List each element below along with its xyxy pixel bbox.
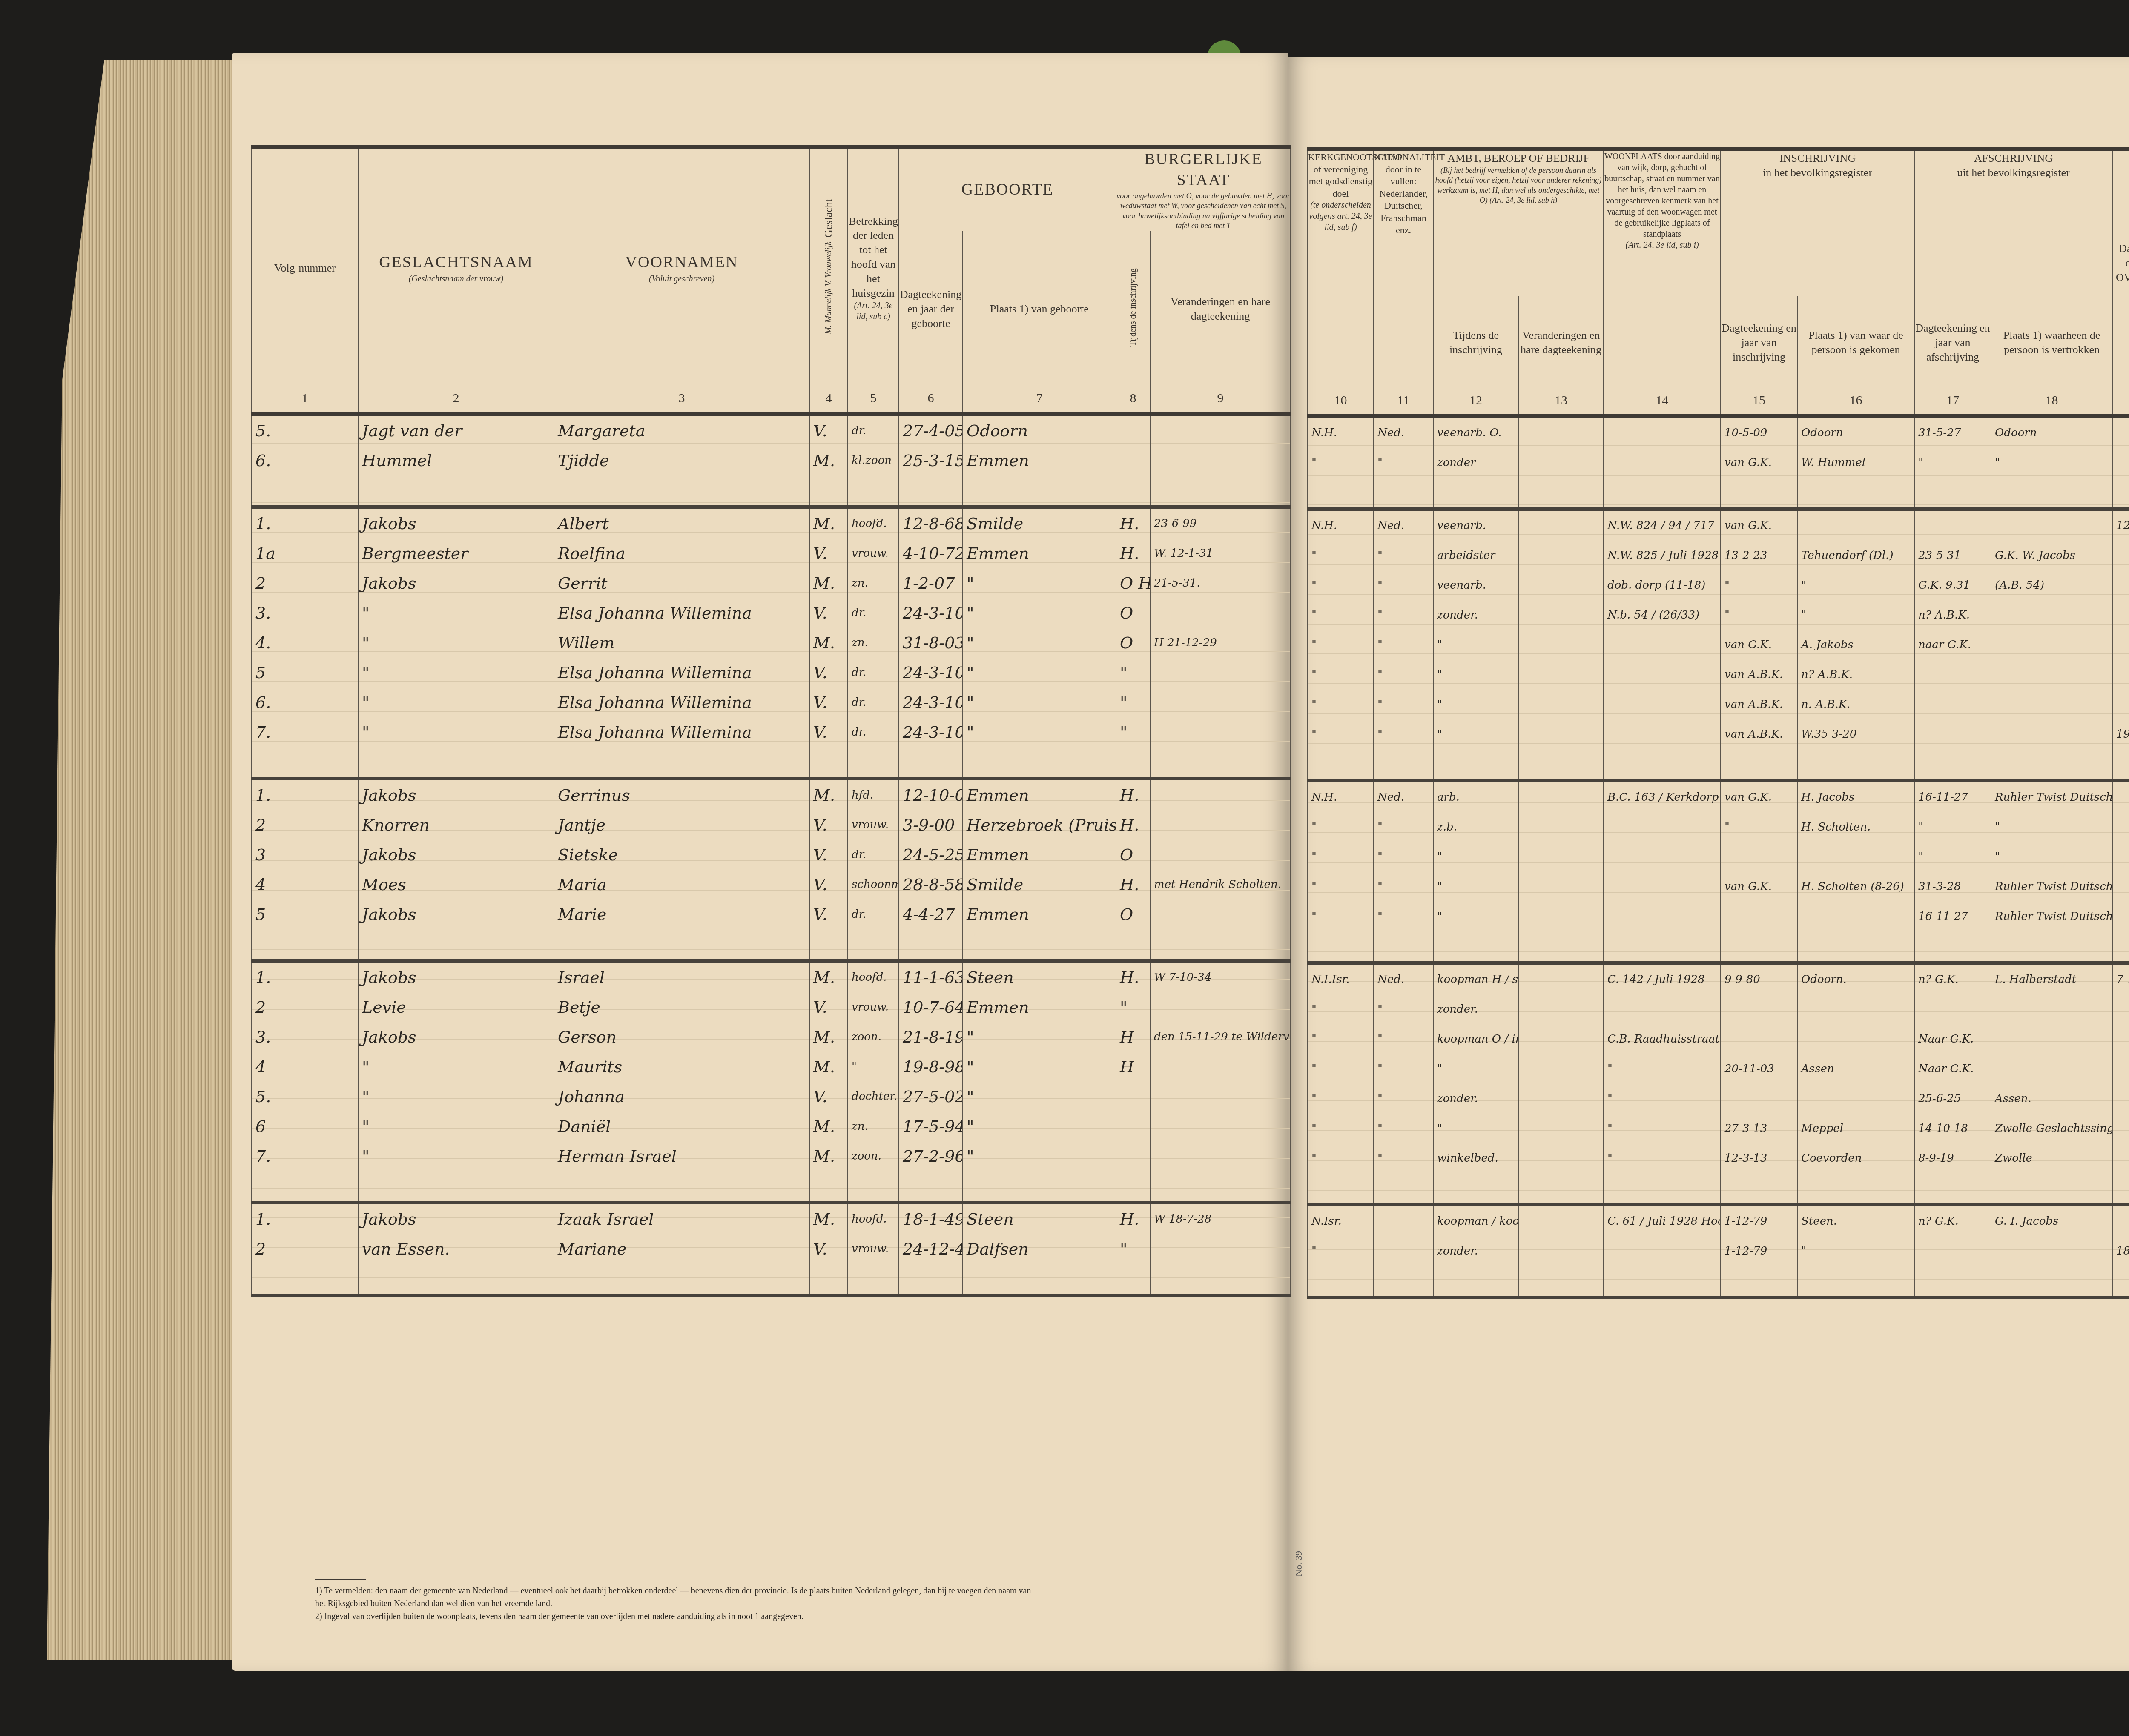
cell-address: [1604, 630, 1721, 660]
value-occ: ": [1434, 872, 1518, 902]
cell-church: ": [1308, 902, 1374, 963]
value-relation: zn.: [848, 628, 898, 658]
cell-occ: ": [1433, 842, 1518, 872]
cell-nr: 2: [252, 568, 358, 598]
cell-death: 12-1-31: [2112, 509, 2129, 541]
cell-church: ": [1308, 1236, 1374, 1298]
cell-church: N.H.: [1308, 509, 1374, 541]
value-civ_change: den 15-11-29 te Wildervank: [1151, 1022, 1290, 1052]
value-sex: V.: [810, 840, 847, 870]
value-born: 24-3-10: [899, 598, 962, 628]
value-address: [1604, 1236, 1720, 1296]
cell-death: 7-10-34: [2112, 963, 2129, 994]
cell-nr: 1a: [252, 539, 358, 568]
value-church: ": [1308, 842, 1373, 872]
cell-out_to: [1991, 600, 2112, 630]
value-given: Maurits: [554, 1052, 809, 1082]
value-nr: 2: [252, 1234, 358, 1294]
value-birthplace: ": [963, 717, 1116, 777]
value-death: [2113, 600, 2129, 630]
cell-nr: 3.: [252, 598, 358, 628]
cell-given: Willem: [554, 628, 809, 658]
value-civ: H.: [1116, 963, 1150, 992]
col-num: 17: [1914, 390, 1991, 416]
value-born: 25-3-15: [899, 446, 962, 505]
value-in_from: ": [1798, 570, 1914, 600]
value-in_date: ": [1721, 812, 1797, 842]
register-rows-right: N.H.Ned.veenarb. O.10-5-09Odoorn31-5-27O…: [1308, 416, 2129, 1298]
cell-given: Margareta: [554, 414, 809, 446]
value-sex: M.: [810, 1141, 847, 1201]
value-out_date: 23-5-31: [1915, 541, 1991, 570]
value-birthplace: ": [963, 628, 1116, 658]
cell-in_date: [1721, 842, 1797, 872]
value-nat: ": [1374, 1084, 1433, 1114]
value-nr: 4: [252, 1052, 358, 1082]
cell-civ: H: [1116, 1052, 1150, 1082]
cell-civ_change: [1150, 1082, 1291, 1111]
cell-address: [1604, 994, 1721, 1024]
cell-nr: 1.: [252, 779, 358, 810]
value-nat: ": [1374, 812, 1433, 842]
value-civ: H.: [1116, 870, 1150, 900]
value-civ_change: [1151, 840, 1290, 870]
cell-given: Izaak Israel: [554, 1203, 809, 1234]
value-occ: winkelbed.: [1434, 1143, 1518, 1203]
col-num: 4: [809, 387, 848, 414]
cell-nat: [1374, 1205, 1433, 1236]
register-row: 4."WillemM.zn.31-8-03"OH 21-12-29: [252, 628, 1291, 658]
cell-nat: ": [1374, 600, 1433, 630]
value-born: 24-3-10: [899, 658, 962, 688]
cell-surname: van Essen.: [358, 1234, 554, 1295]
cell-out_date: n? G.K.: [1914, 963, 1991, 994]
cell-nat: Ned.: [1374, 509, 1433, 541]
cell-surname: Jakobs: [358, 779, 554, 810]
cell-civ_change: [1150, 1111, 1291, 1141]
cell-death: [2112, 902, 2129, 963]
cell-out_date: [1914, 1236, 1991, 1298]
col-num: 18: [1991, 390, 2112, 416]
value-given: Albert: [554, 509, 809, 539]
value-in_date: [1721, 1024, 1797, 1054]
value-nat: ": [1374, 690, 1433, 719]
col-header-geslacht: GeslachtM. Mannelijk V. Vrouwelijk: [809, 147, 848, 387]
value-birthplace: Smilde: [963, 870, 1116, 900]
cell-church: ": [1308, 660, 1374, 690]
cell-surname: Levie: [358, 992, 554, 1022]
value-out_to: [1991, 690, 2112, 719]
cell-given: Jantje: [554, 810, 809, 840]
value-in_date: van A.B.K.: [1721, 660, 1797, 690]
cell-birthplace: Smilde: [963, 507, 1116, 539]
cell-in_date: 9-9-80: [1721, 963, 1797, 994]
cell-birthplace: ": [963, 1082, 1116, 1111]
value-civ: H.: [1116, 1204, 1150, 1234]
cell-occ: zonder.: [1433, 1084, 1518, 1114]
cell-sex: V.: [809, 870, 848, 900]
cell-death: [2112, 872, 2129, 902]
value-in_date: 1-12-79: [1721, 1236, 1797, 1296]
value-sex: M.: [810, 1111, 847, 1141]
cell-civ: O: [1116, 628, 1150, 658]
value-sex: M.: [810, 446, 847, 505]
value-given: Elsa Johanna Willemina: [554, 598, 809, 628]
cell-occ_change: [1518, 690, 1604, 719]
col-num: 9: [1150, 387, 1291, 414]
cell-church: ": [1308, 1054, 1374, 1084]
cell-born: 24-5-25: [899, 840, 963, 870]
value-surname: Levie: [359, 992, 554, 1022]
cell-occ: z.b.: [1433, 812, 1518, 842]
cell-address: [1604, 812, 1721, 842]
value-nr: 5.: [252, 416, 358, 446]
cell-born: 11-1-63: [899, 961, 963, 992]
value-relation: vrouw.: [848, 539, 898, 568]
col-num: 5: [848, 387, 899, 414]
cell-surname: Jakobs: [358, 900, 554, 961]
cell-address: [1604, 872, 1721, 902]
cell-nat: ": [1374, 812, 1433, 842]
col-header-afschrijving-plaats: Plaats 1) waarheen de persoon is vertrok…: [1991, 296, 2112, 390]
cell-civ_change: [1150, 992, 1291, 1022]
value-death: [2113, 872, 2129, 902]
cell-out_date: 8-9-19: [1914, 1143, 1991, 1205]
cell-sex: M.: [809, 1141, 848, 1203]
cell-civ: ": [1116, 1234, 1150, 1295]
value-out_date: ": [1915, 842, 1991, 872]
cell-civ_change: W 7-10-34: [1150, 961, 1291, 992]
value-civ_change: [1151, 446, 1290, 505]
value-born: 24-3-10: [899, 688, 962, 717]
value-civ_change: W. 12-1-31: [1151, 539, 1290, 568]
cell-relation: hoofd.: [848, 961, 899, 992]
value-relation: dochter.: [848, 1082, 898, 1111]
cell-out_date: Naar G.K.: [1914, 1024, 1991, 1054]
value-nr: 2: [252, 810, 358, 840]
cell-church: ": [1308, 1024, 1374, 1054]
cell-out_date: 16-11-27: [1914, 781, 1991, 812]
cell-death: [2112, 1114, 2129, 1143]
value-civ: O: [1116, 628, 1150, 658]
cell-occ_change: [1518, 1084, 1604, 1114]
cell-in_from: Coevorden: [1797, 1143, 1914, 1205]
cell-death: [2112, 416, 2129, 448]
cell-birthplace: Emmen: [963, 539, 1116, 568]
value-in_from: Odoorn: [1798, 418, 1914, 448]
register-row: """van A.B.K.n. A.B.K.: [1308, 690, 2129, 719]
cell-out_date: naar G.K.: [1914, 630, 1991, 660]
value-given: Elsa Johanna Willemina: [554, 688, 809, 717]
cell-death: 18-7-28: [2112, 1236, 2129, 1298]
cell-nr: 1.: [252, 961, 358, 992]
register-rows-left: 5.Jagt van derMargaretaV.dr.27-4-05Odoor…: [252, 414, 1291, 1295]
cell-occ_change: [1518, 842, 1604, 872]
value-in_date: ": [1721, 600, 1797, 630]
cell-death: [2112, 600, 2129, 630]
register-row: 6.HummelTjiddeM.kl.zoon25-3-15Emmen: [252, 446, 1291, 507]
col-num: 11: [1374, 390, 1433, 416]
value-address: [1604, 902, 1720, 961]
cell-out_to: Odoorn: [1991, 416, 2112, 448]
cell-sex: V.: [809, 658, 848, 688]
cell-address: C. 61 / Juli 1928 Hoofdstr. 12: [1604, 1205, 1721, 1236]
cell-given: Albert: [554, 507, 809, 539]
cell-death: [2112, 1143, 2129, 1205]
value-nr: 1a: [252, 539, 358, 568]
value-in_from: [1798, 842, 1914, 872]
value-address: dob. dorp (11-18): [1604, 570, 1720, 600]
col-num: 8: [1116, 387, 1150, 414]
value-occ_change: [1519, 1114, 1603, 1143]
value-relation: vrouw.: [848, 810, 898, 840]
cell-in_from: [1797, 994, 1914, 1024]
cell-in_date: van G.K.: [1721, 448, 1797, 509]
cell-civ_change: [1150, 1052, 1291, 1082]
cell-death: [2112, 660, 2129, 690]
register-row: """van A.B.K.n? A.B.K.: [1308, 660, 2129, 690]
value-death: [2113, 1114, 2129, 1143]
value-civ: [1116, 446, 1150, 505]
value-occ_change: [1519, 1084, 1603, 1114]
value-birthplace: Herzebroek (Pruisen): [963, 810, 1116, 840]
cell-civ: [1116, 1082, 1150, 1111]
value-out_date: 31-3-28: [1915, 872, 1991, 902]
cell-birthplace: Emmen: [963, 992, 1116, 1022]
value-nat: Ned.: [1374, 782, 1433, 812]
print-number: No. 39: [1293, 1551, 1304, 1576]
cell-sex: M.: [809, 628, 848, 658]
cell-civ: O H.: [1116, 568, 1150, 598]
value-out_date: n? A.B.K.: [1915, 600, 1991, 630]
cell-nr: 4: [252, 1052, 358, 1082]
value-church: N.H.: [1308, 511, 1373, 541]
register-row: 1aBergmeesterRoelfinaV.vrouw.4-10-72Emme…: [252, 539, 1291, 568]
value-out_to: Zwolle: [1991, 1143, 2112, 1203]
cell-occ_change: [1518, 1143, 1604, 1205]
value-out_date: Naar G.K.: [1915, 1024, 1991, 1054]
value-relation: dr.: [848, 598, 898, 628]
cell-in_date: 27-3-13: [1721, 1114, 1797, 1143]
cell-surname: Jakobs: [358, 1203, 554, 1234]
register-row: ""arbeidsterN.W. 825 / Juli 192813-2-23T…: [1308, 541, 2129, 570]
cell-in_date: [1721, 1024, 1797, 1054]
cell-nat: ": [1374, 1143, 1433, 1205]
value-nr: 3.: [252, 1022, 358, 1052]
value-surname: Jakobs: [359, 840, 554, 870]
cell-civ_change: [1150, 1234, 1291, 1295]
value-church: ": [1308, 719, 1373, 779]
cell-birthplace: ": [963, 1141, 1116, 1203]
cell-birthplace: Smilde: [963, 870, 1116, 900]
cell-birthplace: ": [963, 658, 1116, 688]
value-given: Gerrinus: [554, 780, 809, 810]
cell-civ_change: H 21-12-29: [1150, 628, 1291, 658]
group-header-inschrijving: INSCHRIJVINGin het bevolkingsregister: [1721, 149, 1914, 296]
value-civ: ": [1116, 688, 1150, 717]
value-death: [2113, 994, 2129, 1024]
register-row: 5"Elsa Johanna WilleminaV.dr.24-3-10"": [252, 658, 1291, 688]
cell-given: Maria: [554, 870, 809, 900]
cell-nr: 5: [252, 900, 358, 961]
value-surname: van Essen.: [359, 1234, 554, 1294]
cell-surname: ": [358, 598, 554, 628]
cell-civ_change: 23-6-99: [1150, 507, 1291, 539]
value-nr: 4: [252, 870, 358, 900]
value-out_to: [1991, 660, 2112, 690]
col-num: 14: [1604, 390, 1721, 416]
cell-sex: V.: [809, 992, 848, 1022]
value-church: ": [1308, 1143, 1373, 1203]
cell-in_from: [1797, 1024, 1914, 1054]
value-given: Israel: [554, 963, 809, 992]
cell-nat: ": [1374, 570, 1433, 600]
value-relation: dr.: [848, 658, 898, 688]
value-given: Gerrit: [554, 568, 809, 598]
value-address: C. 61 / Juli 1928 Hoofdstr. 12: [1604, 1206, 1720, 1236]
value-sex: V.: [810, 810, 847, 840]
cell-address: dob. dorp (11-18): [1604, 570, 1721, 600]
register-row: """"20-11-03AssenNaar G.K.AK ": [1308, 1054, 2129, 1084]
cell-out_to: [1991, 1024, 2112, 1054]
cell-given: Roelfina: [554, 539, 809, 568]
value-sex: V.: [810, 900, 847, 959]
value-born: 24-12-46: [899, 1234, 962, 1294]
value-occ: ": [1434, 902, 1518, 961]
register-row: ""z.b."H. Scholten.""": [1308, 812, 2129, 842]
cell-address: ": [1604, 1054, 1721, 1084]
value-birthplace: Emmen: [963, 992, 1116, 1022]
cell-occ_change: [1518, 660, 1604, 690]
cell-sex: M.: [809, 1111, 848, 1141]
cell-occ_change: [1518, 719, 1604, 781]
value-nat: Ned.: [1374, 418, 1433, 448]
value-given: Roelfina: [554, 539, 809, 568]
value-occ_change: [1519, 994, 1603, 1024]
cell-sex: M.: [809, 507, 848, 539]
cell-nat: ": [1374, 719, 1433, 781]
col-header-inschrijving-plaats: Plaats 1) van waar de persoon is gekomen: [1797, 296, 1914, 390]
cell-relation: vrouw.: [848, 810, 899, 840]
cell-out_to: ": [1991, 812, 2112, 842]
cell-in_date: van G.K.: [1721, 630, 1797, 660]
cell-birthplace: Herzebroek (Pruisen): [963, 810, 1116, 840]
value-out_to: Ruhler Twist Duitschland: [1991, 782, 2112, 812]
cell-death: 19-8-29 Coevorden: [2112, 719, 2129, 781]
cell-death: [2112, 630, 2129, 660]
value-occ_change: [1519, 690, 1603, 719]
value-in_from: W.35 3-20: [1798, 719, 1914, 779]
value-surname: Moes: [359, 870, 554, 900]
cell-civ: H.: [1116, 810, 1150, 840]
cell-occ_change: [1518, 1054, 1604, 1084]
col-header-woonplaats: WOONPLAATS door aanduiding van wijk, dor…: [1604, 149, 1721, 390]
value-occ_change: [1519, 872, 1603, 902]
cell-in_from: ": [1797, 570, 1914, 600]
value-civ: H: [1116, 1022, 1150, 1052]
value-death: [2113, 812, 2129, 842]
cell-sex: M.: [809, 779, 848, 810]
cell-out_date: Naar G.K.: [1914, 1054, 1991, 1084]
value-civ_change: [1151, 658, 1290, 688]
value-birthplace: Emmen: [963, 539, 1116, 568]
cell-given: Elsa Johanna Willemina: [554, 598, 809, 628]
value-born: 12-8-68: [899, 509, 962, 539]
col-header-ambt-veranderingen: Veranderingen en hare dagteekening: [1518, 296, 1604, 390]
value-death: [2113, 842, 2129, 872]
register-row: 2JakobsGerritM.zn.1-2-07"O H.21-5-31.: [252, 568, 1291, 598]
cell-civ_change: W. 12-1-31: [1150, 539, 1291, 568]
cell-surname: ": [358, 688, 554, 717]
register-row: 2van Essen.MarianeV.vrouw.24-12-46Dalfse…: [252, 1234, 1291, 1295]
value-in_from: [1798, 994, 1914, 1024]
cell-civ: H.: [1116, 1203, 1150, 1234]
value-given: Margareta: [554, 416, 809, 446]
cell-sex: V.: [809, 1234, 848, 1295]
value-sex: M.: [810, 628, 847, 658]
register-row: 5.Jagt van derMargaretaV.dr.27-4-05Odoor…: [252, 414, 1291, 446]
value-sex: V.: [810, 1234, 847, 1294]
value-relation: zn.: [848, 568, 898, 598]
cell-address: [1604, 1236, 1721, 1298]
value-occ_change: [1519, 902, 1603, 961]
value-civ: H.: [1116, 780, 1150, 810]
cell-given: Tjidde: [554, 446, 809, 507]
cell-born: 31-8-03: [899, 628, 963, 658]
cell-born: 12-10-00: [899, 779, 963, 810]
cell-birthplace: Dalfsen: [963, 1234, 1116, 1295]
cell-relation: dr.: [848, 658, 899, 688]
cell-out_to: [1991, 719, 2112, 781]
cell-given: Israel: [554, 961, 809, 992]
cell-sex: V.: [809, 539, 848, 568]
cell-in_date: van A.B.K.: [1721, 690, 1797, 719]
value-nr: 6.: [252, 446, 358, 505]
cell-born: 25-3-15: [899, 446, 963, 507]
value-occ_change: [1519, 511, 1603, 541]
value-given: Daniël: [554, 1111, 809, 1141]
value-out_date: [1915, 1236, 1991, 1296]
value-civ: ": [1116, 658, 1150, 688]
value-address: [1604, 719, 1720, 779]
cell-church: ": [1308, 719, 1374, 781]
value-occ: zonder.: [1434, 994, 1518, 1024]
cell-nr: 6.: [252, 688, 358, 717]
cell-civ_change: [1150, 840, 1291, 870]
value-birthplace: Emmen: [963, 446, 1116, 505]
cell-out_to: [1991, 994, 2112, 1024]
cell-relation: dr.: [848, 598, 899, 628]
register-row: ""zonder."25-6-25Assen.": [1308, 1084, 2129, 1114]
footnote-2: 2) Ingeval van overlijden buiten de woon…: [315, 1610, 1039, 1623]
register-row: ""koopman O / in manufacturenC.B. Raadhu…: [1308, 1024, 2129, 1054]
cell-in_date: [1721, 902, 1797, 963]
value-surname: Hummel: [359, 446, 554, 505]
cell-nat: Ned.: [1374, 781, 1433, 812]
value-nat: ": [1374, 719, 1433, 779]
value-in_date: van A.B.K.: [1721, 719, 1797, 779]
value-church: ": [1308, 812, 1373, 842]
cell-address: [1604, 690, 1721, 719]
value-sex: M.: [810, 568, 847, 598]
value-surname: Jakobs: [359, 509, 554, 539]
col-header-nationaliteit: NATIONALITEIT door in te vullen: Nederla…: [1374, 149, 1433, 390]
cell-occ_change: [1518, 1236, 1604, 1298]
register-row: N.H.Ned.veenarb.N.W. 824 / 94 / 717van G…: [1308, 509, 2129, 541]
cell-in_from: H. Scholten (8-26): [1797, 872, 1914, 902]
cell-birthplace: Steen: [963, 1203, 1116, 1234]
col-num: 19: [2112, 390, 2129, 416]
